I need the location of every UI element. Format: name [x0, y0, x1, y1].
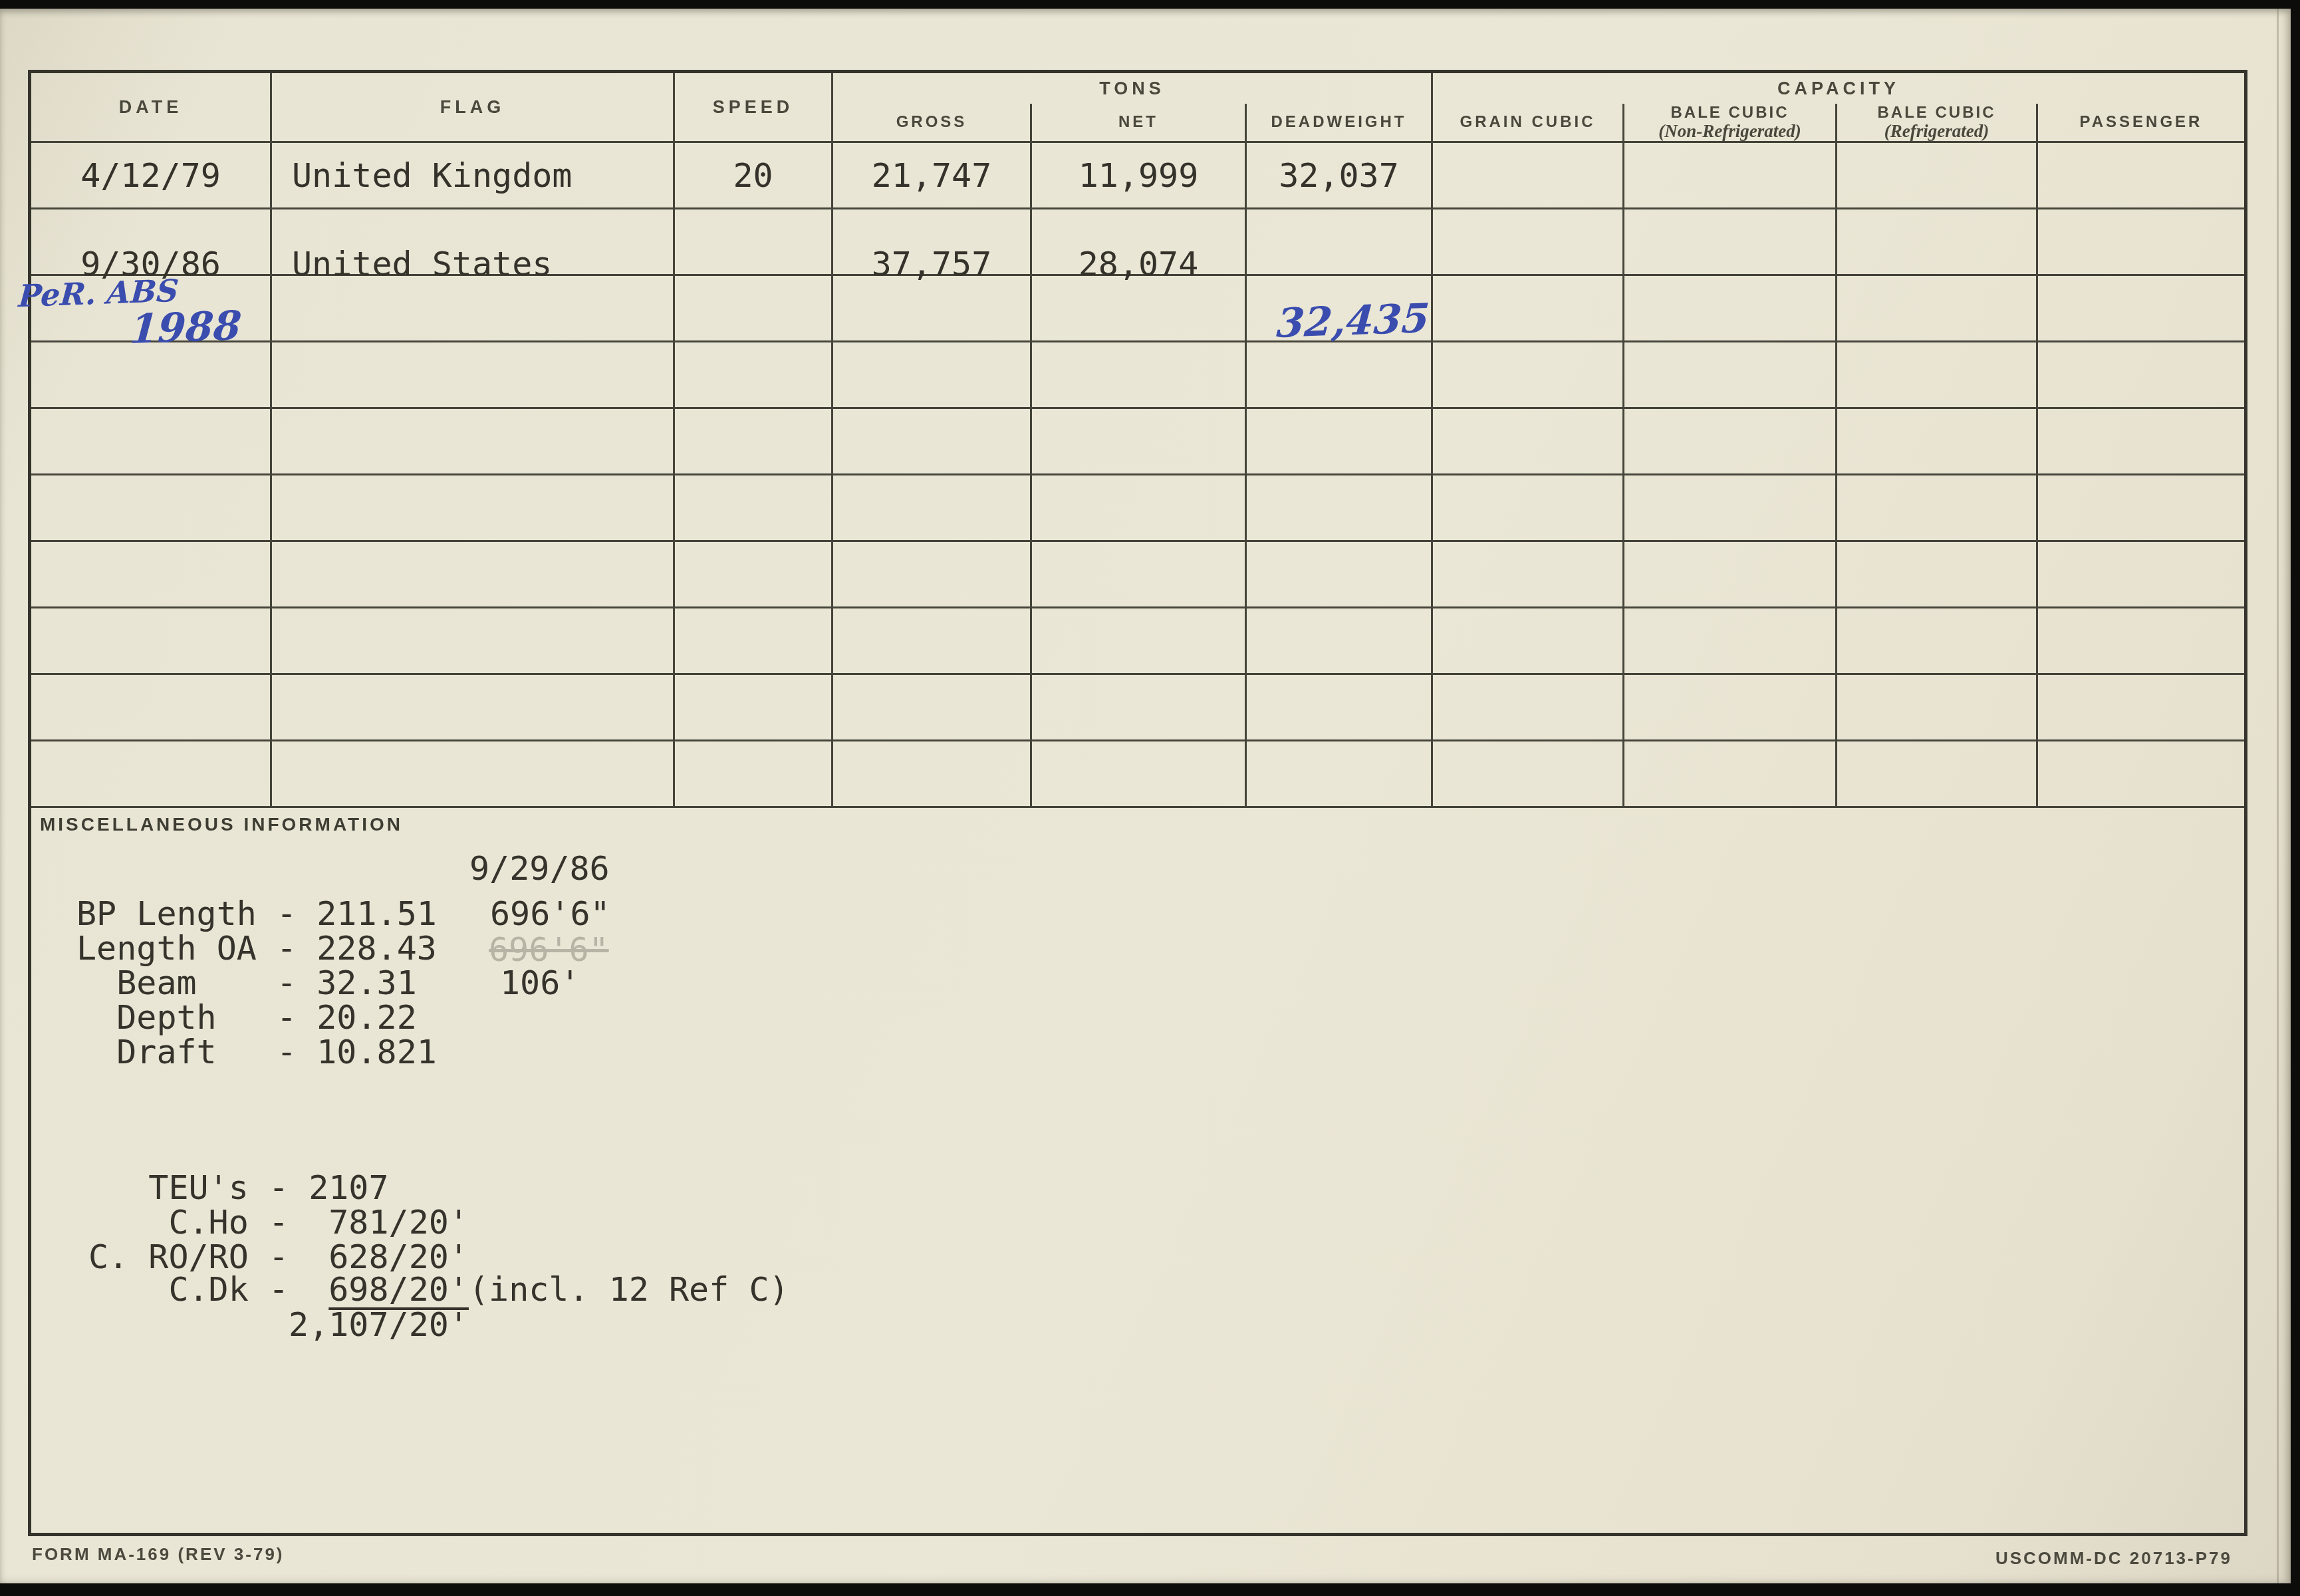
sub-header-bale-ref: BALE CUBIC (Refrigerated) — [1837, 104, 2038, 141]
sub-header-bale-nonref: BALE CUBIC (Non-Refrigerated) — [1624, 104, 1837, 141]
scan-edge-top — [0, 0, 2300, 9]
table-row — [31, 741, 2244, 808]
imperial-beam: 106' — [500, 966, 580, 1000]
print-code: USCOMM-DC 20713-P79 — [1995, 1548, 2232, 1569]
table-header: DATE FLAG SPEED TONS CAPACITY GROSS NET … — [31, 73, 2244, 143]
bale-ref-line2: (Refrigerated) — [1884, 122, 1989, 140]
cell-flag: United Kingdom — [292, 156, 572, 195]
sub-header-passenger: PASSENGER — [2038, 104, 2244, 141]
col-header-date: DATE — [31, 73, 272, 141]
sub-header-grain-cubic: GRAIN CUBIC — [1433, 104, 1624, 141]
cell-deadweight: 32,037 — [1279, 156, 1399, 195]
table-row — [31, 542, 2244, 608]
scanned-form-page: DATE FLAG SPEED TONS CAPACITY GROSS NET … — [0, 0, 2300, 1596]
typed-line: Draft - 10.821 — [76, 1035, 437, 1069]
typed-line: C.Ho - 781/20' — [88, 1205, 469, 1240]
typed-line: Length OA - 228.43 — [76, 931, 437, 966]
bale-nonref-line1: BALE CUBIC — [1671, 104, 1789, 122]
typed-line: BP Length - 211.51 — [76, 896, 437, 931]
scan-edge-right — [2291, 0, 2300, 1596]
handwritten-deadweight-32435: 32,435 — [1275, 295, 1431, 347]
table-row — [31, 475, 2244, 542]
cdk-line: C.Dk - 698/20'(incl. 12 Ref C) — [88, 1272, 789, 1307]
cell-net: 11,999 — [1079, 156, 1199, 195]
dimension-block: BP Length - 211.51Length OA - 228.43 Bea… — [76, 896, 437, 1069]
sub-header-deadweight: DEADWEIGHT — [1247, 104, 1433, 141]
teu-block: TEU's - 2107 C.Ho - 781/20'C. RO/RO - 62… — [88, 1170, 469, 1274]
typed-line: Beam - 32.31 — [76, 966, 437, 1000]
table-row — [31, 342, 2244, 409]
typed-line: Depth - 20.22 — [76, 1000, 437, 1035]
teu-total-line: 2,107/20' — [88, 1307, 469, 1342]
cdk-prefix: C.Dk - — [88, 1270, 328, 1309]
col-header-speed: SPEED — [675, 73, 833, 141]
col-header-flag: FLAG — [272, 73, 675, 141]
group-header-tons: TONS — [833, 73, 1433, 104]
sub-header-gross: GROSS — [833, 104, 1032, 141]
group-header-capacity: CAPACITY — [1433, 73, 2244, 104]
table-row: 9/30/86 United States 37,757 28,074 — [31, 209, 2244, 276]
table-row — [31, 608, 2244, 675]
table-row — [31, 409, 2244, 475]
imperial-bp-length: 696'6" — [490, 896, 610, 931]
cell-date: 4/12/79 — [80, 156, 221, 195]
typed-line: C. RO/RO - 628/20' — [88, 1240, 469, 1274]
table-row — [31, 675, 2244, 741]
scan-edge-bottom — [0, 1583, 2300, 1596]
misc-section-title: MISCELLANEOUS INFORMATION — [40, 814, 403, 835]
form-number: FORM MA-169 (REV 3-79) — [32, 1544, 285, 1565]
cdk-underlined-value: 698/20' — [328, 1270, 469, 1309]
bale-ref-line1: BALE CUBIC — [1878, 104, 1996, 122]
typed-line: TEU's - 2107 — [88, 1170, 469, 1205]
imperial-oa-erased: 696'6" — [489, 932, 609, 967]
cell-speed: 20 — [733, 156, 773, 195]
table-row — [31, 276, 2244, 342]
handwritten-year-1988: 1988 — [129, 303, 243, 353]
sub-header-net: NET — [1032, 104, 1247, 141]
misc-survey-date: 9/29/86 — [469, 851, 610, 886]
table-row: 4/12/79 United Kingdom 20 21,747 11,999 … — [31, 143, 2244, 209]
cdk-suffix: (incl. 12 Ref C) — [469, 1270, 789, 1309]
bale-nonref-line2: (Non-Refrigerated) — [1658, 122, 1801, 140]
cell-gross: 21,747 — [872, 156, 992, 195]
